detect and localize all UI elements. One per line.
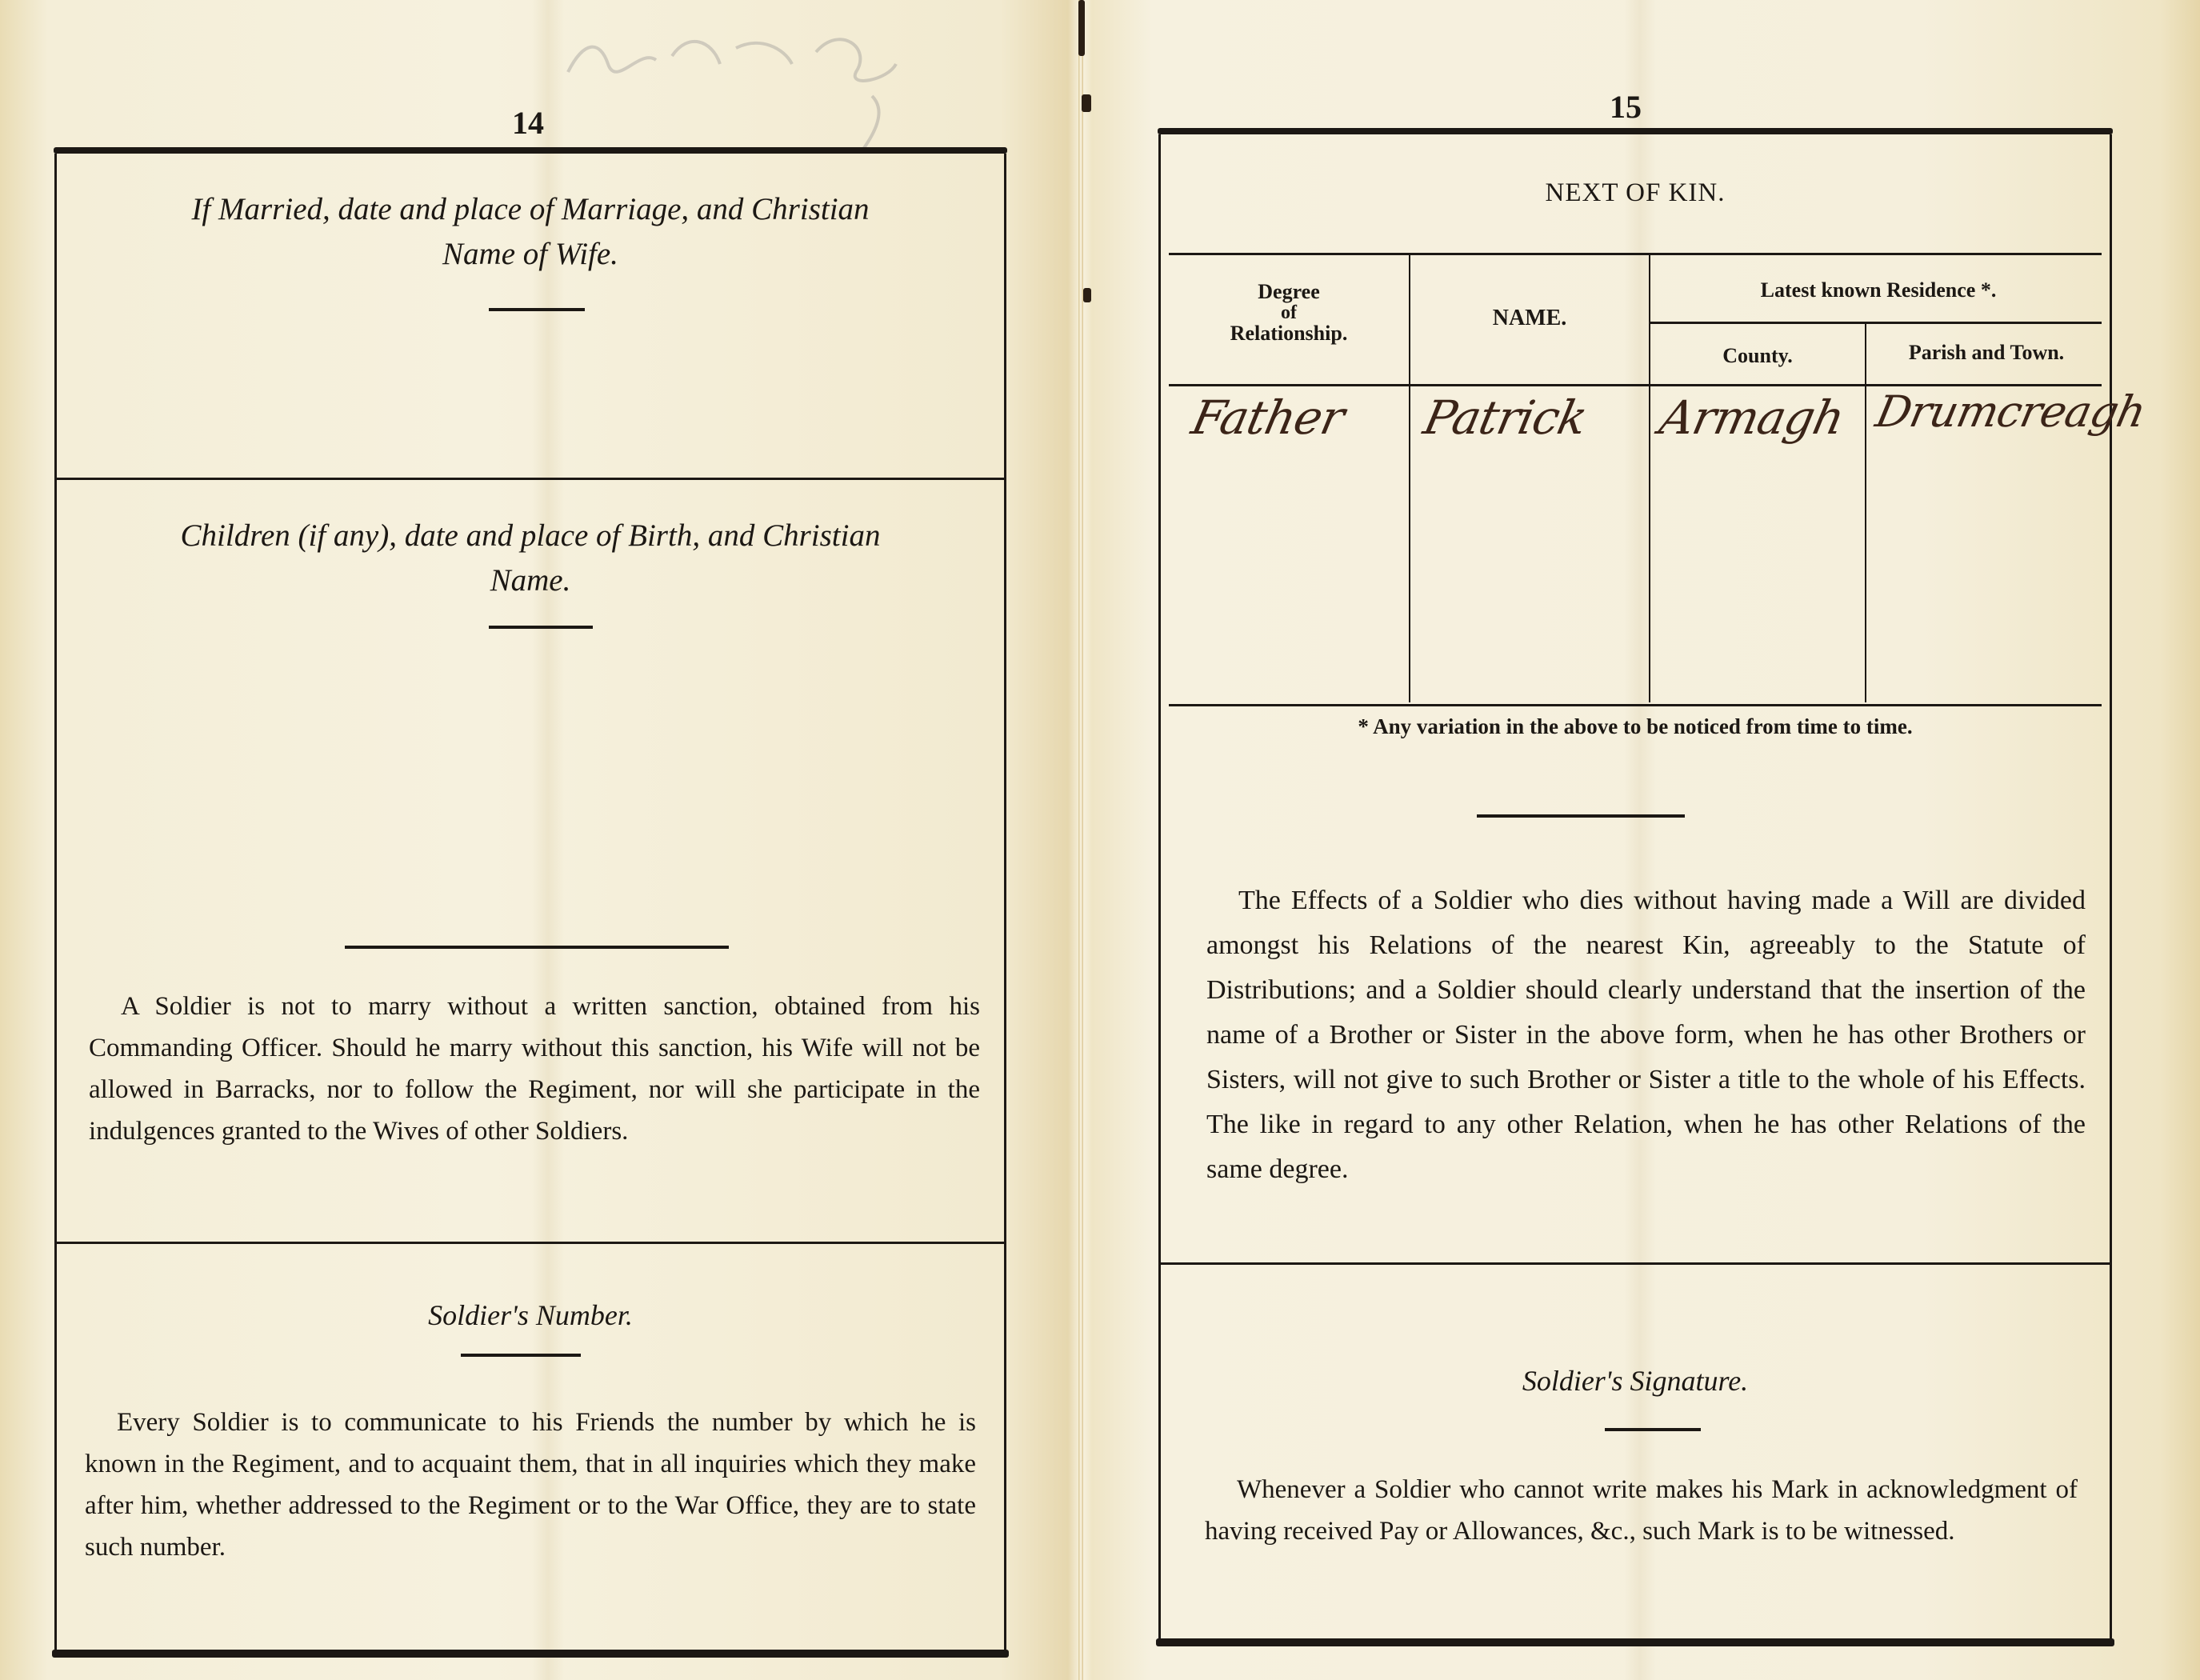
left-page-frame: If Married, date and place of Marriage, … [54, 154, 1006, 1650]
header-parish: Parish and Town. [1866, 341, 2106, 365]
kin-name-cell: Patrick [1419, 390, 1592, 445]
book-spine [1078, 0, 1083, 1680]
binding-stitch [1083, 288, 1091, 302]
marriage-heading-line2: Name of Wife. [57, 232, 1004, 277]
marriage-heading-line1: If Married, date and place of Marriage, … [57, 187, 1004, 232]
residence-subheader-rule [1650, 322, 2102, 324]
marriage-rule-paragraph: A Soldier is not to marry without a writ… [89, 986, 980, 1152]
header-residence: Latest known Residence *. [1650, 278, 2106, 302]
column-divider [1865, 323, 1866, 702]
frame-top-rule [54, 147, 1007, 154]
table-top-rule [1169, 253, 2102, 255]
pencil-scribble-icon [552, 16, 1032, 152]
section-divider [1161, 1262, 2110, 1265]
header-degree-line: Degree [1169, 280, 1409, 304]
kin-parish-cell: Drumcreagh [1871, 386, 2150, 437]
short-rule [489, 308, 585, 311]
header-degree-line: Relationship. [1169, 322, 1409, 346]
right-page-frame: NEXT OF KIN. Degree of Relationship. NAM… [1158, 134, 2112, 1638]
soldier-signature-heading: Soldier's Signature. [1161, 1358, 2110, 1403]
short-rule [461, 1354, 581, 1357]
long-rule [345, 946, 729, 949]
header-name: NAME. [1410, 306, 1649, 330]
section-divider [57, 478, 1004, 480]
spine-tear [1078, 0, 1085, 56]
children-heading-line2: Name. [57, 558, 1004, 603]
next-of-kin-title: NEXT OF KIN. [1161, 178, 2110, 208]
short-rule [1605, 1428, 1701, 1431]
short-rule [489, 626, 593, 629]
header-degree-line: of [1169, 304, 1409, 322]
binding-stitch [1082, 94, 1091, 112]
section-divider [57, 1242, 1004, 1244]
children-heading-line1: Children (if any), date and place of Bir… [57, 514, 1004, 558]
header-county: County. [1650, 344, 1865, 368]
kin-county-cell: Armagh [1655, 390, 1849, 445]
effects-paragraph: The Effects of a Soldier who dies withou… [1206, 878, 2086, 1192]
soldier-number-heading: Soldier's Number. [57, 1293, 1004, 1338]
frame-bottom-rule [52, 1650, 1009, 1658]
frame-bottom-rule [1156, 1638, 2114, 1646]
book-spread: faint illegible pencil scribble 14 If Ma… [0, 0, 2200, 1680]
long-rule [1477, 814, 1685, 818]
page-number-left: 14 [512, 104, 544, 142]
signature-paragraph: Whenever a Soldier who cannot write make… [1205, 1469, 2078, 1552]
frame-top-rule [1158, 128, 2113, 134]
kin-degree-cell: Father [1187, 390, 1349, 445]
table-bottom-rule [1169, 704, 2102, 706]
page-number-right: 15 [1610, 88, 1642, 126]
header-degree: Degree of Relationship. [1169, 280, 1409, 346]
table-footnote: * Any variation in the above to be notic… [1161, 714, 2110, 739]
soldier-number-paragraph: Every Soldier is to communicate to his F… [85, 1402, 976, 1568]
